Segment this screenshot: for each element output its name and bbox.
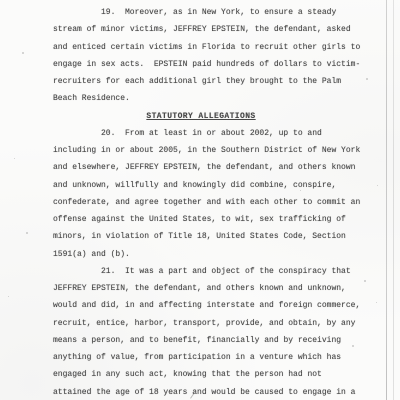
- paragraph-19-line: Beach Residence.: [53, 90, 365, 107]
- paragraph-20-line: confederate, and agree together and with…: [53, 194, 365, 211]
- paragraph-20-line: and elsewhere, JEFFREY EPSTEIN, the defe…: [53, 159, 365, 176]
- paragraph-19-line: recruiters for each additional girl they…: [53, 73, 365, 90]
- section-heading: STATUTORY ALLEGATIONS: [37, 108, 365, 125]
- scan-speckle: [366, 78, 368, 80]
- scan-speckle: [8, 296, 9, 297]
- scan-speckle: [376, 302, 377, 303]
- document-page: 19. Moreover, as in New York, to ensure …: [0, 0, 400, 400]
- paragraph-21-line: recruit, entice, harbor, transport, prov…: [53, 315, 365, 332]
- paragraph-19-line: engage in sex acts. EPSTEIN paid hundred…: [53, 56, 365, 73]
- paragraph-21-line: would and did, in and affecting intersta…: [53, 297, 365, 314]
- document-text: 19. Moreover, as in New York, to ensure …: [53, 4, 365, 400]
- paragraph-20-line: 20. From at least in or about 2002, up t…: [53, 125, 365, 142]
- scan-speckle: [14, 158, 15, 159]
- paragraph-20-line: including in or about 2005, in the South…: [53, 142, 365, 159]
- paragraph-21-line: anything of value, from participation in…: [53, 349, 365, 366]
- scan-speckle: [352, 345, 354, 347]
- paragraph-20-line: minors, in violation of Title 18, United…: [53, 228, 365, 245]
- page-edge-line: [393, 0, 394, 400]
- scan-speckle: [300, 190, 301, 191]
- scan-speckle: [364, 280, 366, 282]
- paragraph-20-line: 1591(a) and (b).: [53, 246, 365, 263]
- paragraph-21-line: attained the age of 18 years and would b…: [53, 384, 365, 400]
- scan-speckle: [352, 62, 353, 63]
- paragraph-19-line: 19. Moreover, as in New York, to ensure …: [53, 4, 365, 21]
- scan-speckle: [22, 52, 24, 54]
- paragraph-19-line: stream of minor victims, JEFFREY EPSTEIN…: [53, 21, 365, 38]
- paragraph-21-line: engaged in any such act, knowing that th…: [53, 366, 365, 383]
- paragraph-21-line: means a person, and to benefit, financia…: [53, 332, 365, 349]
- scan-speckle: [377, 185, 378, 186]
- paragraph-21-line: JEFFREY EPSTEIN, the defendant, and othe…: [53, 280, 365, 297]
- page-edge-line: [386, 0, 387, 400]
- paragraph-20-line: and unknown, willfully and knowingly did…: [53, 177, 365, 194]
- paragraph-21-line: 21. It was a part and object of the cons…: [53, 263, 365, 280]
- scan-speckle: [26, 232, 28, 234]
- paragraph-19-line: and enticed certain victims in Florida t…: [53, 39, 365, 56]
- paragraph-20-line: offense against the United States, to wi…: [53, 211, 365, 228]
